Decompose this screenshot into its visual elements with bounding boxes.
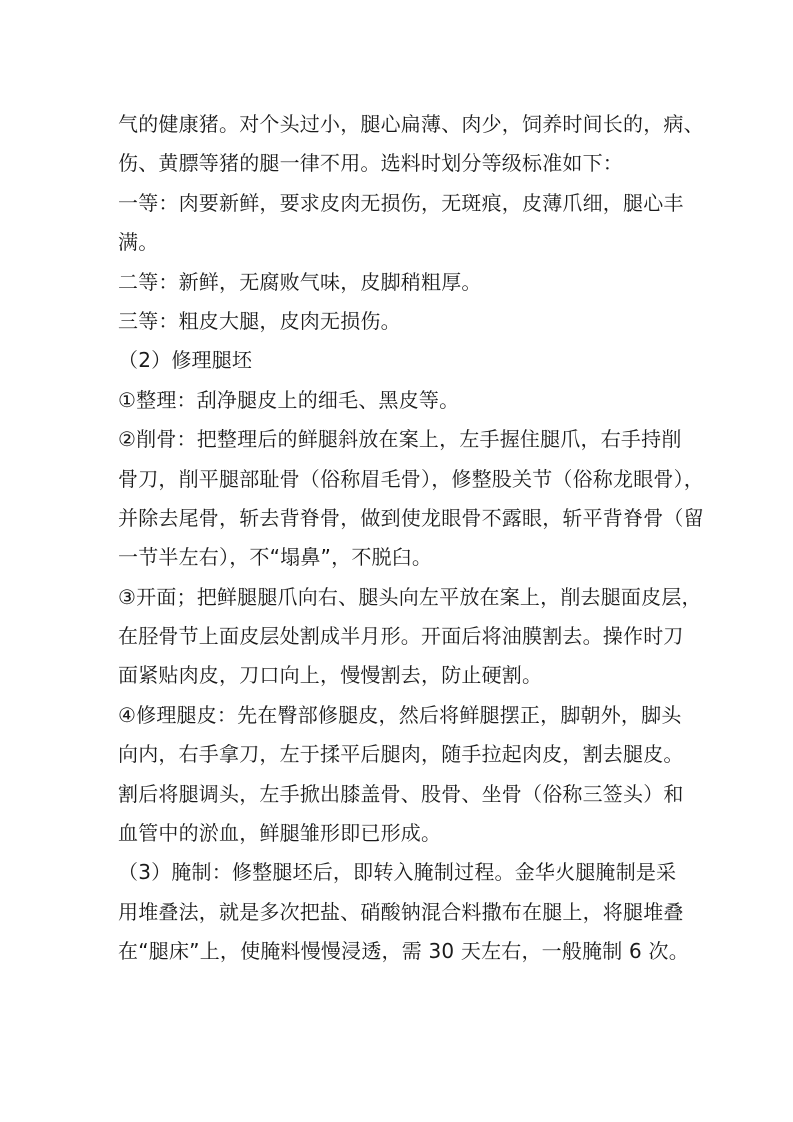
text-line: 骨刀，削平腿部耻骨（俗称眉毛骨），修整股关节（俗称龙眼骨），	[118, 460, 676, 499]
text-line: 面紧贴肉皮，刀口向上，慢慢割去，防止硬割。	[118, 656, 676, 695]
text-line: 在胫骨节上面皮层处割成半月形。开面后将油膜割去。操作时刀	[118, 617, 676, 656]
section-heading-2: （2）修理腿坯	[118, 341, 676, 380]
step-2-line: ②削骨：把整理后的鲜腿斜放在案上，左手握住腿爪，右手持削	[118, 420, 676, 459]
text-line: 血管中的淤血，鲜腿雏形即已形成。	[118, 814, 676, 853]
grade-one-line: 一等：肉要新鲜，要求皮肉无损伤，无斑痕，皮薄爪细，腿心丰	[118, 184, 676, 223]
text-line: 并除去尾骨，斩去背脊骨，做到使龙眼骨不露眼，斩平背脊骨（留	[118, 499, 676, 538]
grade-three-line: 三等：粗皮大腿，皮肉无损伤。	[118, 302, 676, 341]
grade-two-line: 二等：新鲜，无腐败气味，皮脚稍粗厚。	[118, 263, 676, 302]
step-3-line: ③开面；把鲜腿腿爪向右、腿头向左平放在案上，削去腿面皮层，	[118, 578, 676, 617]
text-line: 满。	[118, 223, 676, 262]
document-body: 气的健康猪。对个头过小，腿心扁薄、肉少，饲养时间长的，病、 伤、黄膘等猪的腿一律…	[118, 105, 676, 972]
text-line: 向内，右手拿刀，左于揉平后腿肉，随手拉起肉皮，割去腿皮。	[118, 735, 676, 774]
text-line: 一节半左右），不“塌鼻”，不脱臼。	[118, 538, 676, 577]
step-4-line: ④修理腿皮：先在臀部修腿皮，然后将鲜腿摆正，脚朝外，脚头	[118, 696, 676, 735]
text-line: 在“腿床”上，使腌料慢慢浸透，需 30 天左右，一般腌制 6 次。	[118, 932, 676, 971]
text-line: 用堆叠法，就是多次把盐、硝酸钠混合料撒布在腿上，将腿堆叠	[118, 893, 676, 932]
document-page: 气的健康猪。对个头过小，腿心扁薄、肉少，饲养时间长的，病、 伤、黄膘等猪的腿一律…	[0, 0, 793, 1122]
text-line: 气的健康猪。对个头过小，腿心扁薄、肉少，饲养时间长的，病、	[118, 105, 676, 144]
section-heading-3: （3）腌制：修整腿坯后，即转入腌制过程。金华火腿腌制是采	[118, 853, 676, 892]
text-line: 伤、黄膘等猪的腿一律不用。选料时划分等级标准如下：	[118, 144, 676, 183]
step-1-line: ①整理：刮净腿皮上的细毛、黑皮等。	[118, 381, 676, 420]
text-line: 割后将腿调头，左手掀出膝盖骨、股骨、坐骨（俗称三签头）和	[118, 775, 676, 814]
